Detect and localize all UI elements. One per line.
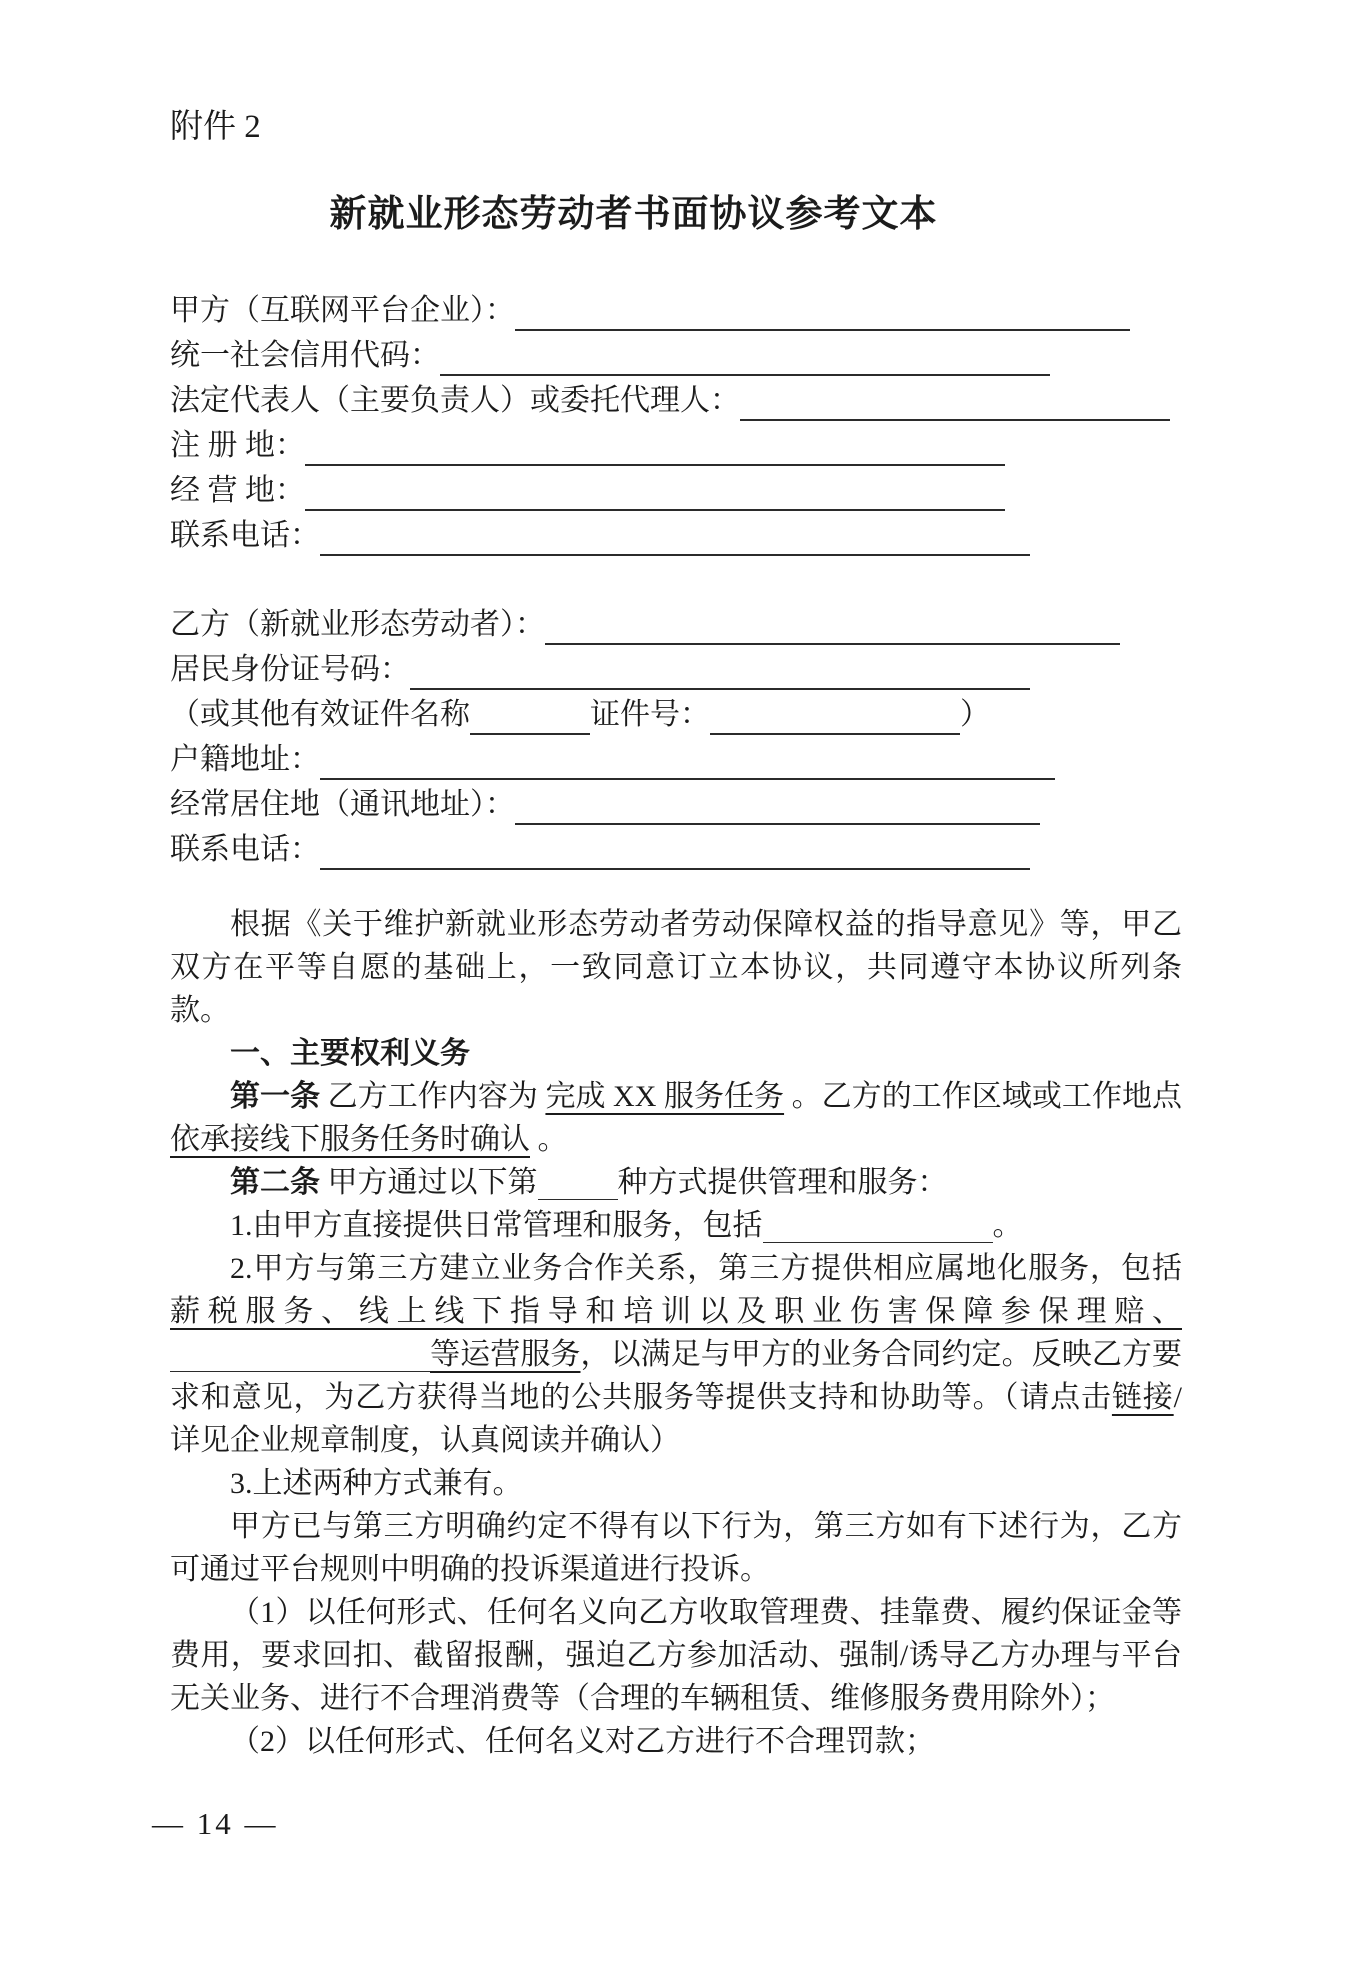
blank-underline <box>740 391 1170 421</box>
field-label: 甲方（互联网平台企业）： <box>170 294 515 334</box>
field-label: 证件号： <box>590 698 710 738</box>
blank-underline <box>710 705 960 735</box>
scanned-document-page: { "document": { "attachment_label": "附件 … <box>0 0 1352 1965</box>
blank-underline <box>515 301 1130 331</box>
blank-underline <box>170 1344 430 1372</box>
blank-underline <box>320 750 1055 780</box>
paragraph: 第二条 甲方通过以下第种方式提供管理和服务： <box>170 1161 1182 1204</box>
party-a-fields-section: 甲方（互联网平台企业）：统一社会信用代码：法定代表人（主要负责人）或委托代理人：… <box>170 289 1192 559</box>
text-run: 第二条 <box>230 1166 320 1199</box>
paragraph: （2）以任何形式、任何名义对乙方进行不合理罚款； <box>170 1720 1182 1763</box>
text-run: （2）以任何形式、任何名义对乙方进行不合理罚款； <box>230 1725 935 1758</box>
form-field-row: 居民身份证号码： <box>170 648 1192 693</box>
form-field-row: （或其他有效证件名称证件号：） <box>170 693 1192 738</box>
body-text: 根据《关于维护新就业形态劳动者劳动保障权益的指导意见》等，甲乙双方在平等自愿的基… <box>170 903 1182 1763</box>
form-field-row: 甲方（互联网平台企业）： <box>170 289 1192 334</box>
form-field-row: 联系电话： <box>170 514 1192 559</box>
blank-underline <box>410 660 1030 690</box>
form-field-row: 户籍地址： <box>170 738 1192 783</box>
field-label: 联系电话： <box>170 519 320 559</box>
text-run: 完成 XX 服务任务 <box>545 1080 784 1113</box>
form-field-row: 法定代表人（主要负责人）或委托代理人： <box>170 379 1192 424</box>
form-field-row: 联系电话： <box>170 828 1192 873</box>
paragraph: 根据《关于维护新就业形态劳动者劳动保障权益的指导意见》等，甲乙双方在平等自愿的基… <box>170 903 1182 1032</box>
form-field-row: 统一社会信用代码： <box>170 334 1192 379</box>
document-title: 新就业形态劳动者书面协议参考文本 <box>170 183 1097 237</box>
form-field-row: 注 册 地： <box>170 424 1192 469</box>
field-label: 经 营 地： <box>170 474 305 514</box>
text-run: 。 <box>530 1123 568 1156</box>
link-placeholder-text: 链接 <box>1112 1381 1174 1414</box>
section-heading: 一、主要权利义务 <box>170 1032 1182 1075</box>
text-run: 2.甲方与第三方建立业务合作关系，第三方提供相应属地化服务，包括 <box>230 1252 1182 1285</box>
paragraph: 3.上述两种方式兼有。 <box>170 1462 1182 1505</box>
field-label: 联系电话： <box>170 833 320 873</box>
page-number: — 14 — <box>152 1806 279 1842</box>
blank-underline <box>538 1172 618 1200</box>
blank-underline <box>305 436 1005 466</box>
field-label: （或其他有效证件名称 <box>170 698 470 738</box>
blank-underline <box>320 526 1030 556</box>
paragraph: 2.甲方与第三方建立业务合作关系，第三方提供相应属地化服务，包括薪税服务、线上线… <box>170 1247 1182 1462</box>
paragraph: （1）以任何形式、任何名义向乙方收取管理费、挂靠费、履约保证金等费用，要求回扣、… <box>170 1591 1182 1720</box>
form-field-row: 经 营 地： <box>170 469 1192 514</box>
blank-underline <box>440 346 1050 376</box>
attachment-label: 附件 2 <box>170 106 1192 149</box>
field-label: 户籍地址： <box>170 743 320 783</box>
text-run: 3.上述两种方式兼有。 <box>230 1467 523 1500</box>
field-label: 居民身份证号码： <box>170 653 410 693</box>
text-run: 甲方已与第三方明确约定不得有以下行为，第三方如有下述行为，乙方可通过平台规则中明… <box>170 1510 1182 1586</box>
field-label: 注 册 地： <box>170 429 305 469</box>
blank-underline <box>320 840 1030 870</box>
field-label: 统一社会信用代码： <box>170 339 440 379</box>
blank-underline <box>515 795 1040 825</box>
form-field-row: 经常居住地（通讯地址）： <box>170 783 1192 828</box>
text-run: 1.由甲方直接提供日常管理和服务，包括 <box>230 1209 763 1242</box>
field-label: 经常居住地（通讯地址）： <box>170 788 515 828</box>
field-label: 乙方（新就业形态劳动者）： <box>170 608 545 648</box>
text-run: 薪税服务、线上线下指导和培训以及职业伤害保障参保理赔、 <box>170 1295 1182 1328</box>
party-b-fields-section: 乙方（新就业形态劳动者）：居民身份证号码：（或其他有效证件名称证件号：）户籍地址… <box>170 603 1192 873</box>
text-run: 根据《关于维护新就业形态劳动者劳动保障权益的指导意见》等，甲乙双方在平等自愿的基… <box>170 908 1182 1027</box>
form-field-row: 乙方（新就业形态劳动者）： <box>170 603 1192 648</box>
text-run: 等运营服务 <box>430 1338 580 1371</box>
text-run: 乙方工作内容为 <box>320 1080 545 1113</box>
field-label: 法定代表人（主要负责人）或委托代理人： <box>170 384 740 424</box>
text-run: 一、主要权利义务 <box>230 1037 470 1070</box>
text-run: 甲方通过以下第 <box>320 1166 538 1199</box>
text-run: 。 <box>993 1209 1023 1242</box>
field-label: ） <box>960 698 990 738</box>
blank-underline <box>763 1215 993 1243</box>
document-page: 附件 2 新就业形态劳动者书面协议参考文本 甲方（互联网平台企业）：统一社会信用… <box>0 0 1352 1965</box>
paragraph: 第一条 乙方工作内容为 完成 XX 服务任务 。乙方的工作区域或工作地点依承接线… <box>170 1075 1182 1161</box>
paragraph: 1.由甲方直接提供日常管理和服务，包括。 <box>170 1204 1182 1247</box>
paragraph: 甲方已与第三方明确约定不得有以下行为，第三方如有下述行为，乙方可通过平台规则中明… <box>170 1505 1182 1591</box>
text-run: 依承接线下服务任务时确认 <box>170 1123 530 1156</box>
blank-underline <box>470 705 590 735</box>
blank-underline <box>305 481 1005 511</box>
text-run: （1）以任何形式、任何名义向乙方收取管理费、挂靠费、履约保证金等费用，要求回扣、… <box>170 1596 1182 1715</box>
text-run: 种方式提供管理和服务： <box>618 1166 948 1199</box>
text-run: 第一条 <box>230 1080 320 1113</box>
blank-underline <box>545 615 1120 645</box>
text-run: 。乙方的工作区域或工作地点 <box>784 1080 1182 1113</box>
